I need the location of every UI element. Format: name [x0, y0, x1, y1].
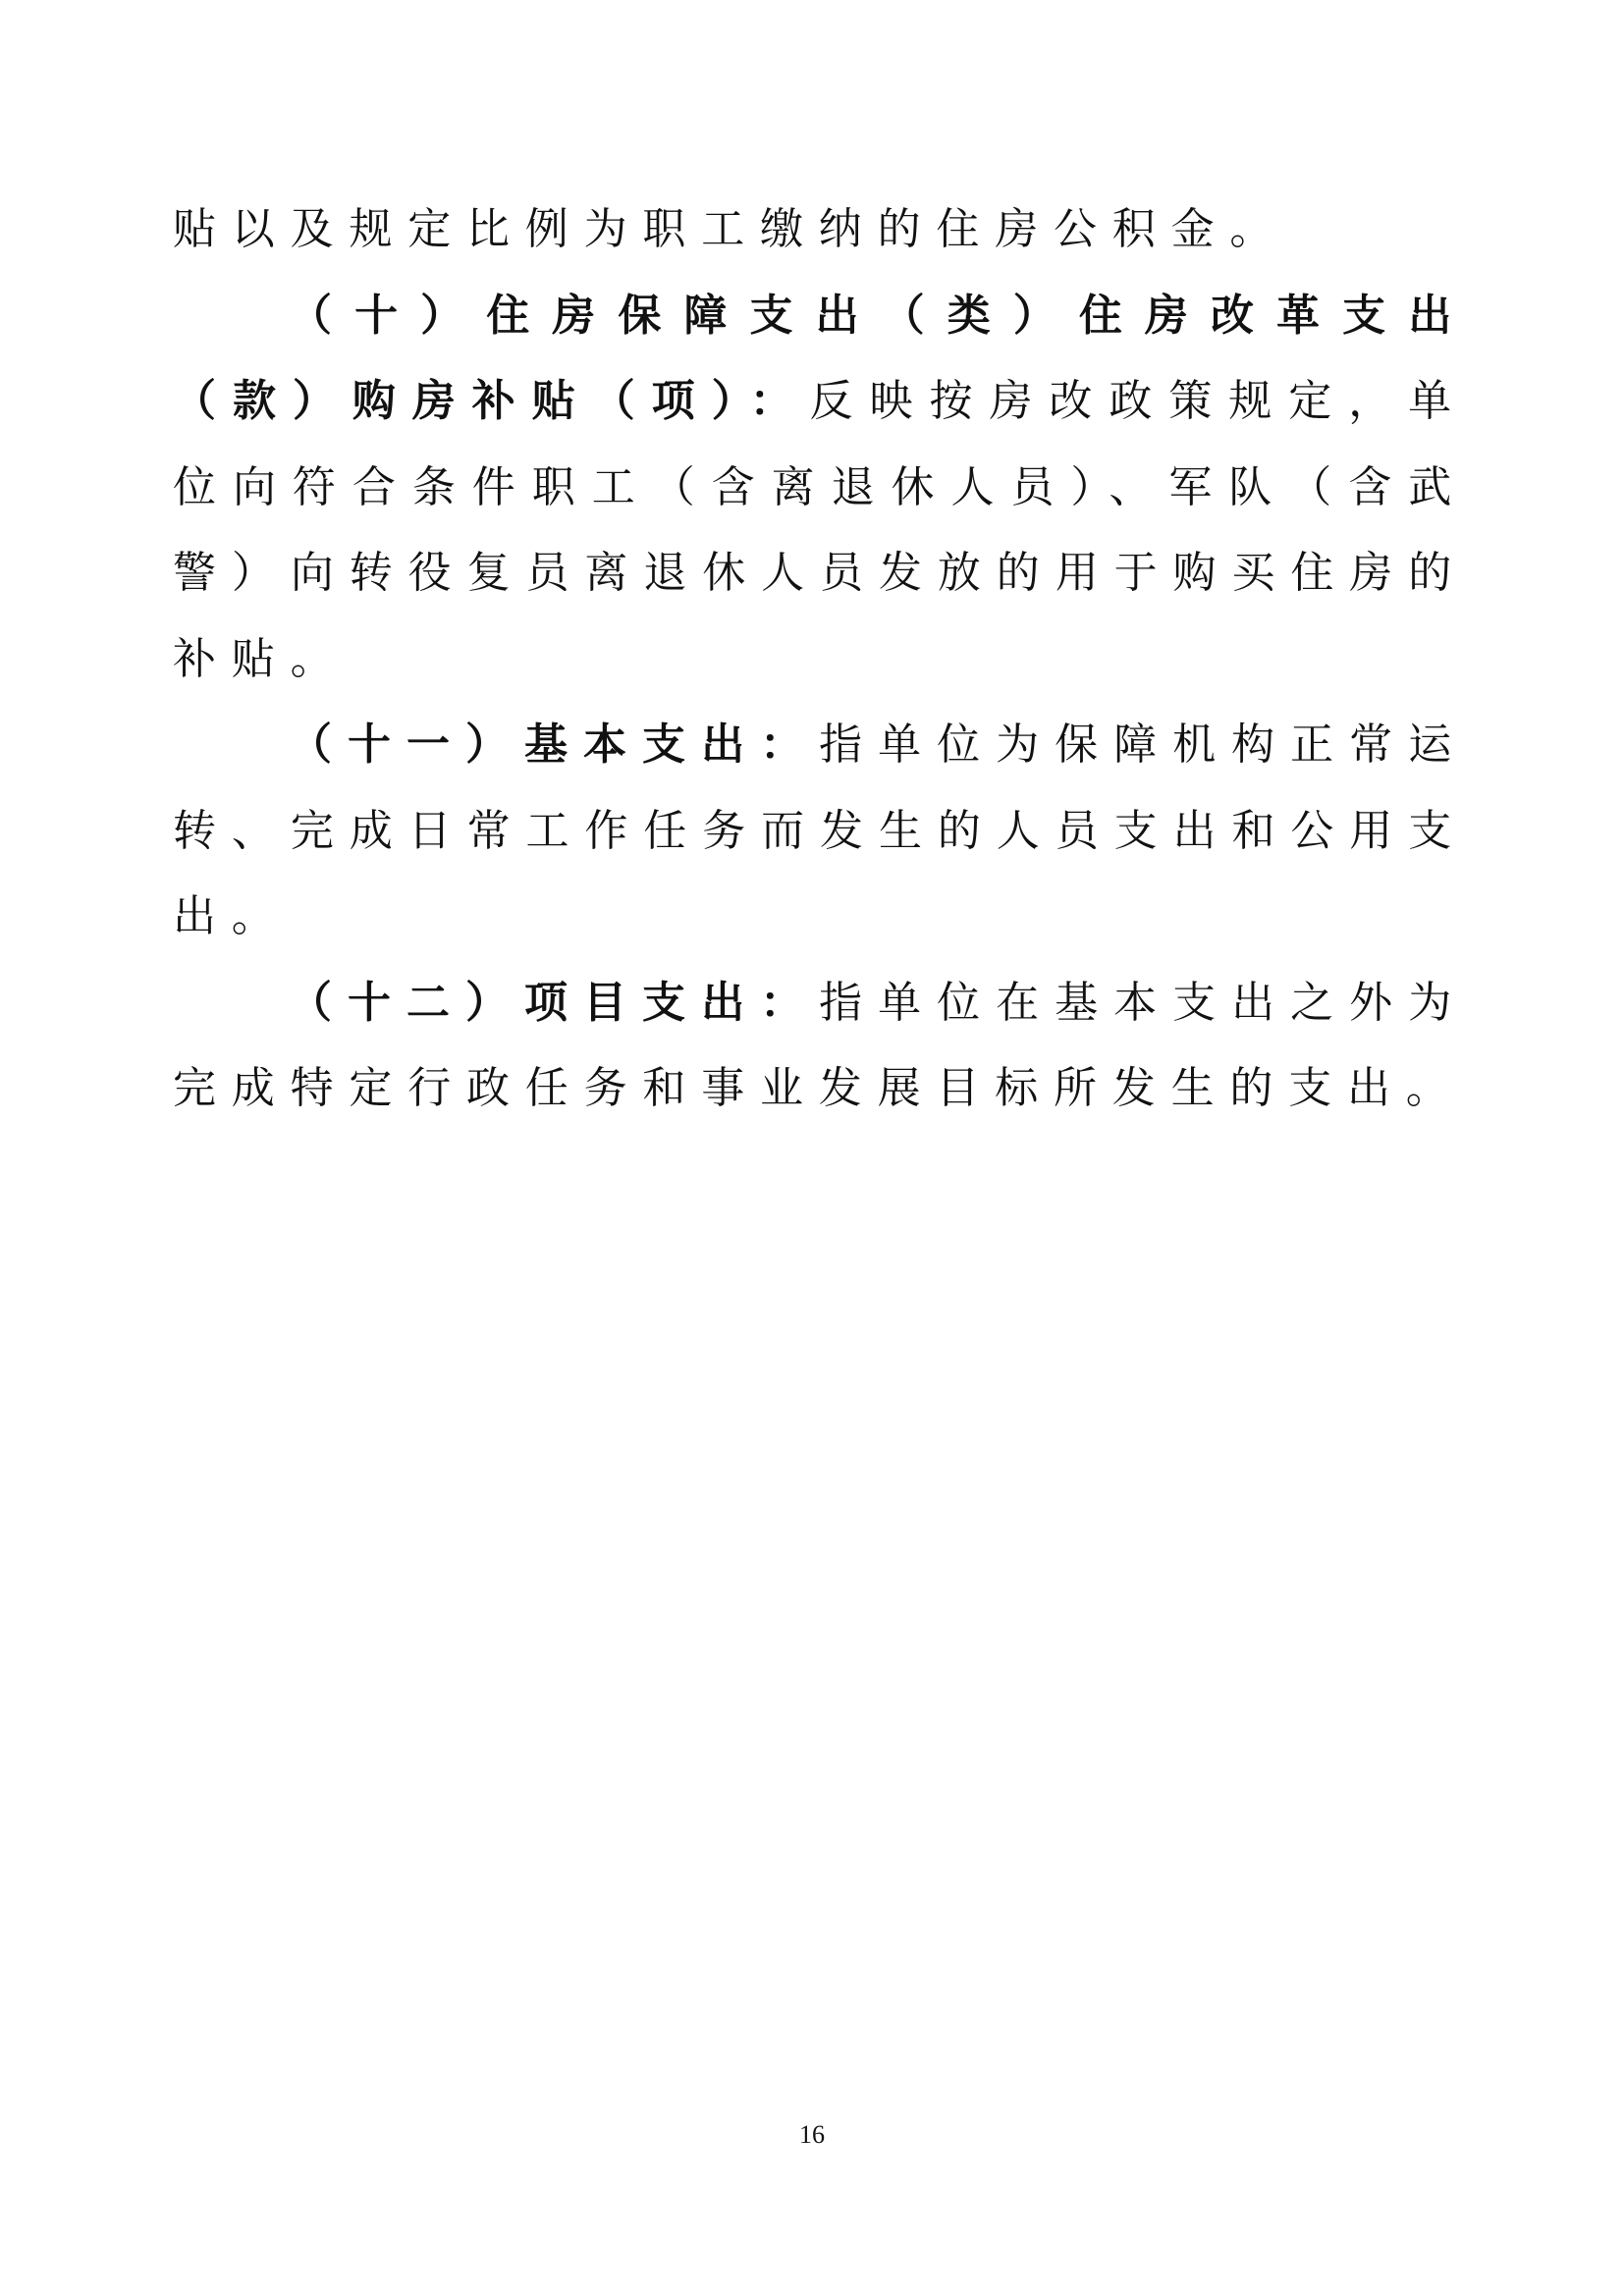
- paragraph-housing-purchase-subsidy: （十）住房保障支出（类）住房改革支出（款）购房补贴（项）：反映按房改政策规定，单…: [173, 273, 1467, 703]
- paragraph-project-expenditure: （十二）项目支出：指单位在基本支出之外为完成特定行政任务和事业发展目标所发生的支…: [173, 960, 1467, 1132]
- paragraph-basic-expenditure: （十一）基本支出：指单位为保障机构正常运转、完成日常工作任务而发生的人员支出和公…: [173, 702, 1467, 960]
- section-heading-12: （十二）项目支出：: [289, 978, 819, 1028]
- page-number: 16: [0, 2120, 1624, 2150]
- document-body: 贴以及规定比例为职工缴纳的住房公积金。 （十）住房保障支出（类）住房改革支出（款…: [173, 187, 1467, 1132]
- paragraph-text: 贴以及规定比例为职工缴纳的住房公积金。: [173, 204, 1288, 254]
- section-heading-11: （十一）基本支出：: [289, 720, 819, 770]
- paragraph-housing-fund-continuation: 贴以及规定比例为职工缴纳的住房公积金。: [173, 187, 1467, 273]
- document-page: 贴以及规定比例为职工缴纳的住房公积金。 （十）住房保障支出（类）住房改革支出（款…: [0, 0, 1624, 2296]
